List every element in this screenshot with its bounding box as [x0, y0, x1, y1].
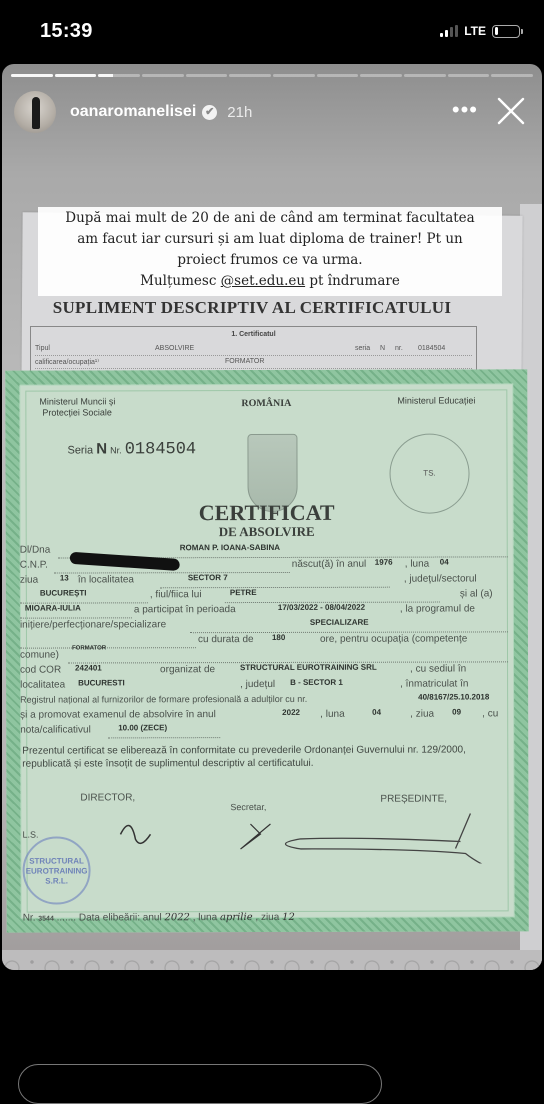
fabric-pattern	[2, 950, 542, 970]
field-program-type: inițiere/perfecționare/specializare SPEC…	[20, 618, 510, 633]
post-time: 21h	[227, 104, 252, 121]
close-icon	[494, 94, 528, 128]
signal-icon	[440, 25, 458, 37]
username[interactable]: oanaromanelisei	[70, 103, 196, 121]
supplement-section: 1. Certificatul	[31, 331, 476, 338]
story-header: oanaromanelisei ✔ 21h •••	[14, 90, 530, 134]
progress-segment	[317, 74, 359, 77]
verified-badge-icon: ✔	[202, 105, 217, 120]
field-occupation: comune) FORMATOR	[20, 648, 510, 663]
progress-segment	[229, 74, 271, 77]
progress-segment	[186, 74, 228, 77]
story-caption: După mai mult de 20 de ani de când am te…	[38, 207, 502, 296]
status-bar: 15:39 LTE	[0, 0, 544, 64]
signatures	[100, 803, 520, 864]
field-exam: și a promovat examenul de absolvire în a…	[20, 708, 510, 723]
story-progress-bar	[11, 74, 533, 77]
supplement-title: SUPLIMENT DESCRIPTIV AL CERTIFICATULUI	[32, 298, 472, 318]
battery-level	[495, 27, 498, 35]
field-registry: Registrul național al furnizorilor de fo…	[20, 693, 510, 708]
legal-text: Prezentul certificat se eliberează în co…	[22, 743, 512, 770]
progress-segment	[491, 74, 533, 77]
progress-segment	[55, 74, 97, 77]
progress-segment	[448, 74, 490, 77]
country-heading: ROMÂNIA	[241, 398, 291, 409]
certificate-subtitle: DE ABSOLVIRE	[20, 523, 514, 540]
ministry-right: Ministerul Educației	[397, 395, 475, 406]
progress-segment	[142, 74, 184, 77]
mention-link[interactable]: @set.edu.eu	[221, 273, 305, 289]
battery-icon	[492, 25, 520, 38]
status-time: 15:39	[40, 20, 93, 43]
network-type: LTE	[464, 24, 486, 38]
ls-label: L.S.	[22, 830, 38, 840]
issue-date-line: Nr. 3544 ....... Data elibeării: anul 20…	[23, 912, 295, 924]
supplement-row-calificarea: calificarea/ocupația¹⁾ FORMATOR	[35, 358, 472, 369]
more-options-button[interactable]: •••	[452, 100, 478, 120]
story-viewer[interactable]: oanaromanelisei ✔ 21h ••• SUPLIMENT DESC…	[2, 64, 542, 970]
field-cnp: C.N.P. născut(ă) în anul 1976 , luna 04	[20, 558, 510, 573]
avatar[interactable]	[14, 91, 56, 133]
ministry-left: Ministerul Muncii și Protecției Sociale	[39, 396, 115, 418]
progress-segment	[98, 74, 140, 77]
field-period: MIOARA-IULIA a participat în perioada 17…	[20, 603, 510, 618]
field-org-location: localitatea BUCURESTI , județul B - SECT…	[20, 678, 510, 693]
certificate-document: Ministerul Muncii și Protecției Sociale …	[5, 369, 528, 932]
field-organizer: cod COR 242401 organizat de STRUCTURAL E…	[20, 663, 510, 678]
supplement-row-tipul: Tipul ABSOLVIRE seria N nr. 0184504	[35, 345, 472, 356]
certificate-serial: Seria N Nr. 0184504	[67, 440, 196, 459]
field-parents: BUCUREȘTI , fiul/fiica lui PETRE și al (…	[20, 588, 510, 603]
progress-segment	[404, 74, 446, 77]
progress-segment	[11, 74, 53, 77]
progress-segment	[360, 74, 402, 77]
close-button[interactable]	[494, 94, 528, 128]
reply-input[interactable]	[18, 1064, 382, 1080]
field-birthplace: ziua 13 în localitatea SECTOR 7 , județu…	[20, 573, 510, 588]
status-indicators: LTE	[440, 24, 520, 38]
company-stamp: STRUCTURAL EUROTRAINING S.R.L.	[22, 836, 90, 904]
director-label: DIRECTOR,	[80, 792, 135, 803]
progress-segment	[273, 74, 315, 77]
field-grade: nota/calificativul 10.00 (ZECE)	[20, 723, 510, 738]
